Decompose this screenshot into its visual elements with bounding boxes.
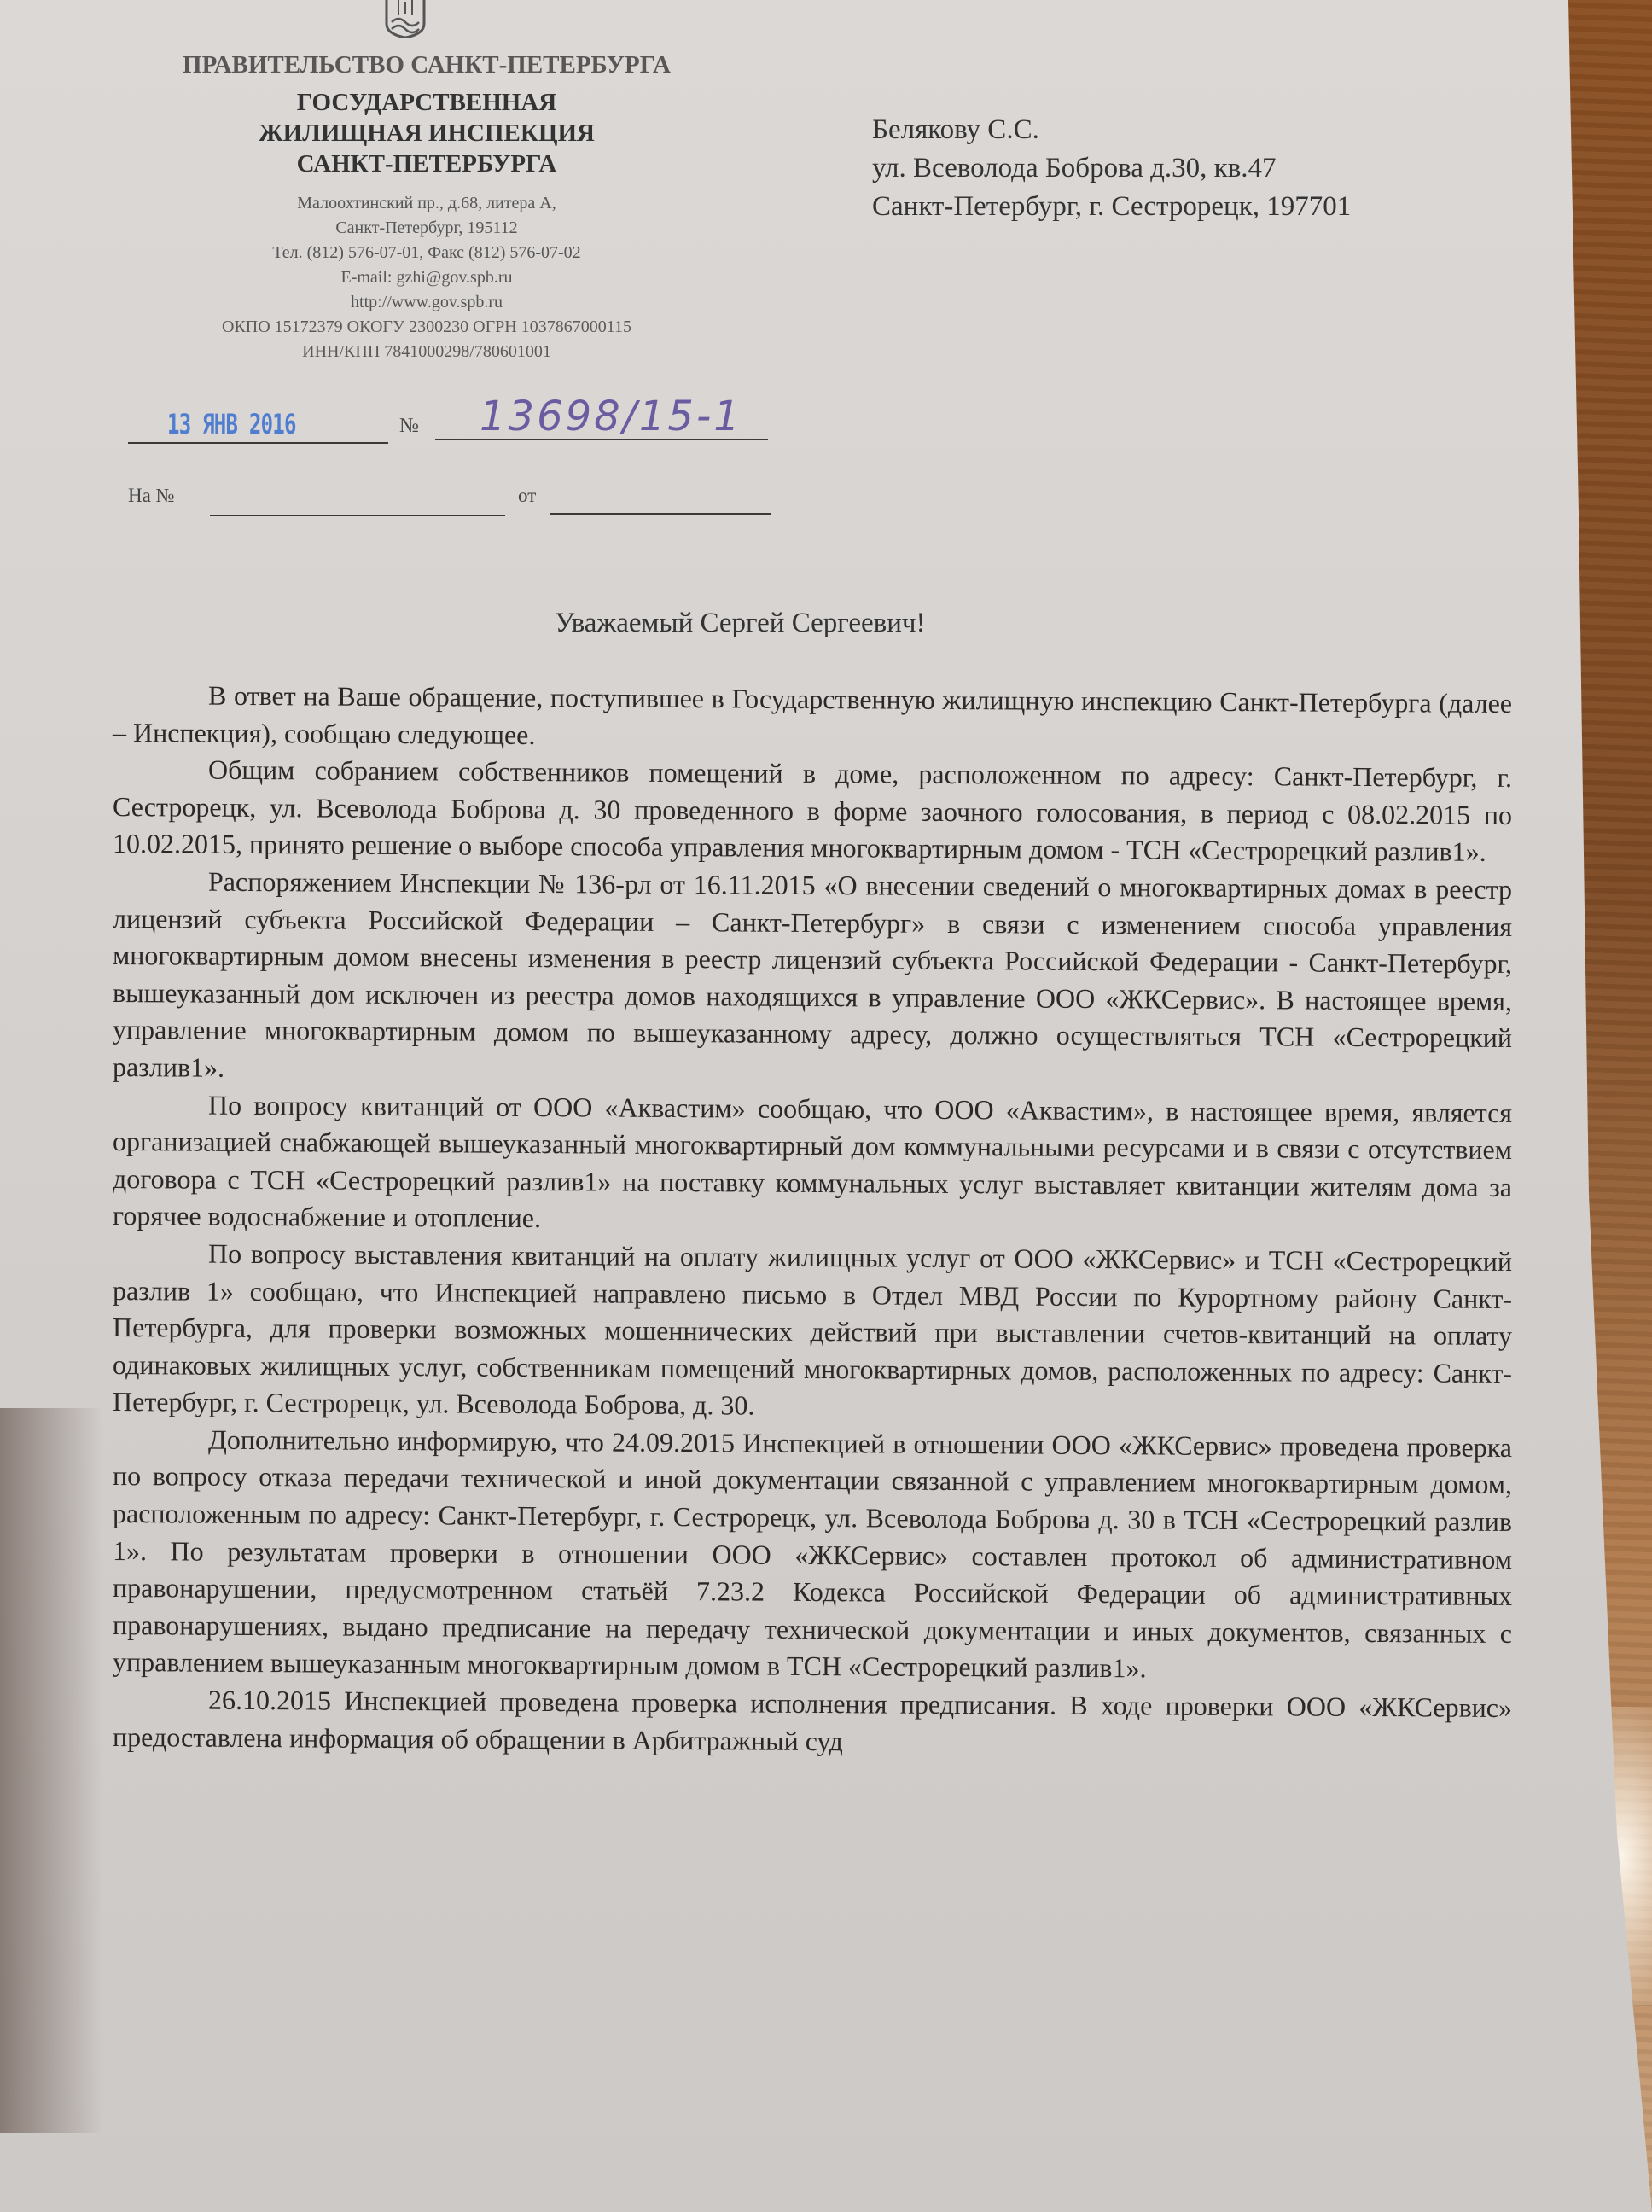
org-phone: Тел. (812) 576-07-01, Факс (812) 576-07-…	[128, 241, 725, 265]
letter-sheet: ПРАВИТЕЛЬСТВО САНКТ-ПЕТЕРБУРГА ГОСУДАРСТ…	[0, 0, 1652, 2212]
inspection-name-line: ЖИЛИЩНАЯ ИНСПЕКЦИЯ	[128, 118, 725, 148]
paragraph: Распоряжением Инспекции № 136-рл от 16.1…	[113, 863, 1512, 1095]
paragraph: Общим собранием собственников помещений …	[113, 751, 1512, 871]
paragraph: По вопросу квитанций от ООО «Аквастим» с…	[113, 1086, 1512, 1243]
coat-of-arms-icon	[380, 0, 431, 38]
number-label: №	[399, 415, 419, 438]
paragraph: Дополнительно информирую, что 24.09.2015…	[113, 1421, 1512, 1690]
from-label: от	[518, 485, 536, 507]
letter-body: В ответ на Ваше обращение, поступившее в…	[113, 677, 1512, 1764]
recipient-block: Белякову С.С. ул. Всеволода Боброва д.30…	[872, 111, 1351, 226]
handwritten-outgoing-number: 13698/15-1	[480, 393, 742, 440]
hand-shadow	[0, 1408, 102, 2133]
recipient-city: Санкт-Петербург, г. Сестрорецк, 197701	[872, 188, 1351, 226]
paragraph: 26.10.2015 Инспекцией проведена проверка…	[113, 1681, 1512, 1764]
letterhead: ПРАВИТЕЛЬСТВО САНКТ-ПЕТЕРБУРГА ГОСУДАРСТ…	[128, 49, 725, 364]
reply-to-label: На №	[128, 485, 175, 507]
number-underline	[435, 439, 768, 440]
reply-date-underline	[550, 513, 771, 515]
paragraph: В ответ на Ваше обращение, поступившее в…	[113, 677, 1512, 760]
paragraph: По вопросу выставления квитанций на опла…	[113, 1235, 1512, 1429]
government-title: ПРАВИТЕЛЬСТВО САНКТ-ПЕТЕРБУРГА	[128, 49, 725, 80]
reply-number-underline	[210, 515, 505, 516]
inspection-name: ГОСУДАРСТВЕННАЯ ЖИЛИЩНАЯ ИНСПЕКЦИЯ САНКТ…	[128, 87, 725, 179]
date-stamp: 13 ЯНВ 2016	[167, 408, 296, 440]
salutation: Уважаемый Сергей Сергеевич!	[555, 608, 926, 639]
date-underline	[128, 442, 388, 444]
org-email: E-mail: gzhi@gov.spb.ru	[128, 265, 725, 290]
inspection-name-line: ГОСУДАРСТВЕННАЯ	[128, 87, 725, 118]
inspection-name-line: САНКТ-ПЕТЕРБУРГА	[128, 148, 725, 179]
recipient-street: ул. Всеволода Боброва д.30, кв.47	[872, 149, 1351, 188]
org-address-line1: Малоохтинский пр., д.68, литера А,	[128, 191, 725, 216]
org-address-line2: Санкт-Петербург, 195112	[128, 216, 725, 241]
org-website: http://www.gov.spb.ru	[128, 290, 725, 315]
org-inn-kpp: ИНН/КПП 7841000298/780601001	[128, 340, 725, 364]
org-codes: ОКПО 15172379 ОКОГУ 2300230 ОГРН 1037867…	[128, 315, 725, 340]
recipient-name: Белякову С.С.	[872, 111, 1351, 149]
